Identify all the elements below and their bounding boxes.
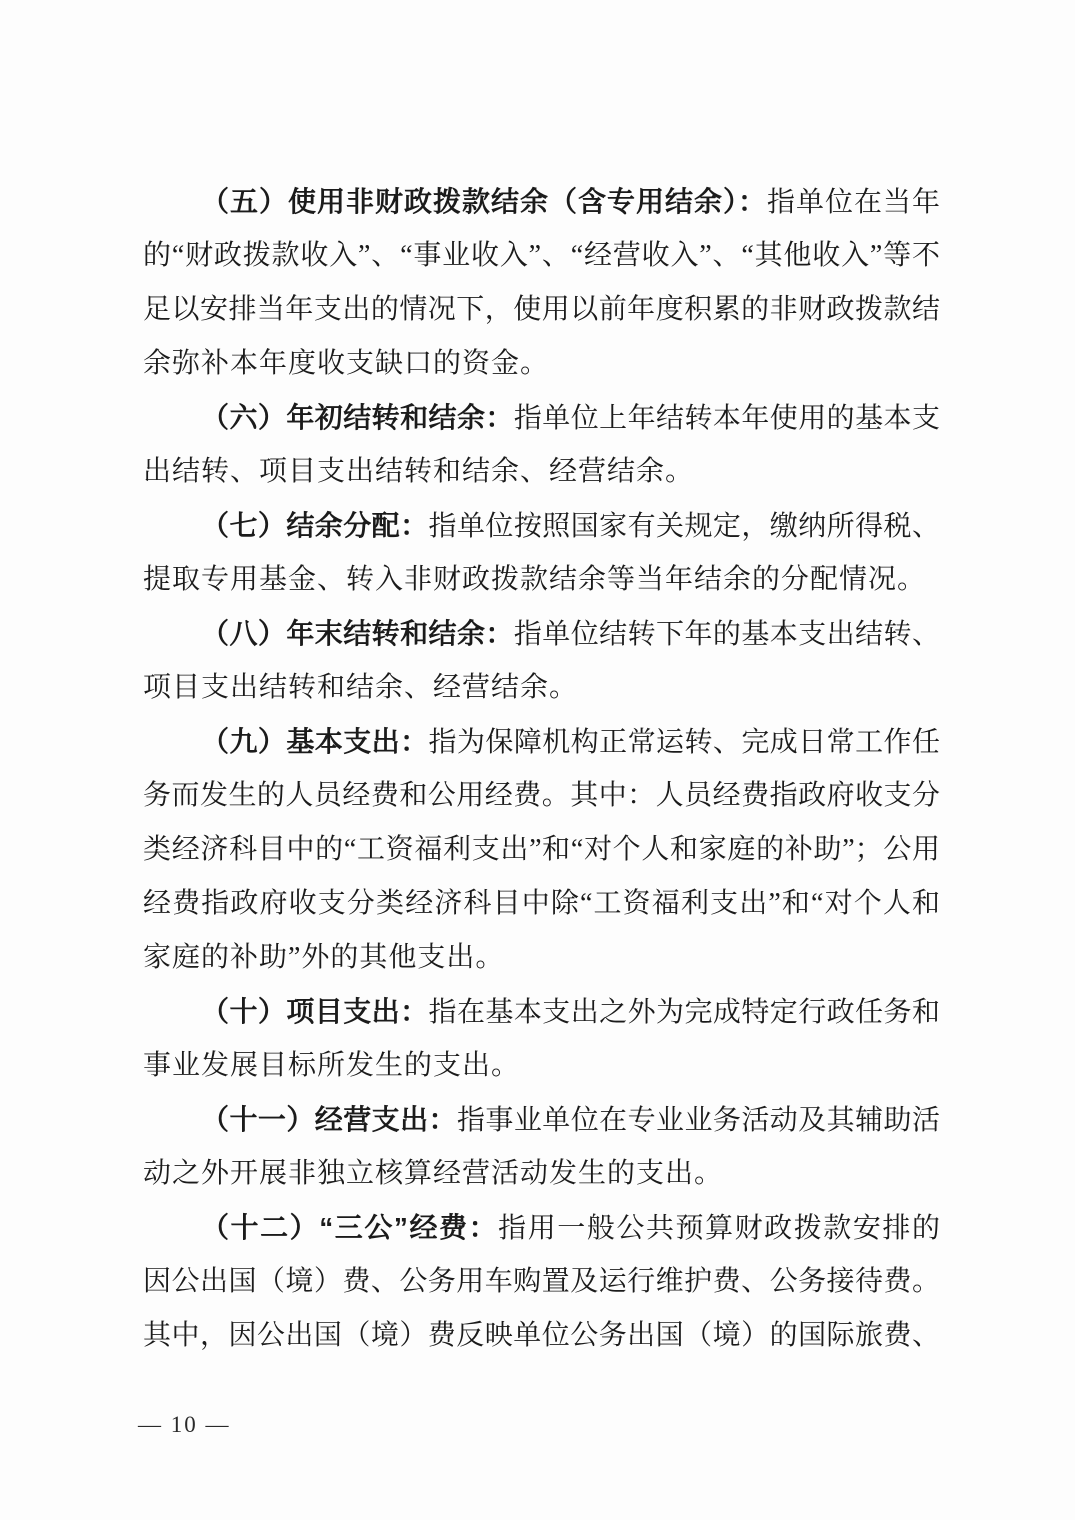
- term-definition-text: 其中，因公出国（境）费反映单位公务出国（境）的国际旅费、: [143, 1320, 940, 1351]
- term-definition-text: 足以安排当年支出的情况下，使用以前年度积累的非财政拨款结: [143, 294, 940, 325]
- text-line: （十二）“三公”经费：指用一般公共预算财政拨款安排的: [143, 1201, 940, 1255]
- text-line: 其中，因公出国（境）费反映单位公务出国（境）的国际旅费、: [143, 1309, 940, 1363]
- text-line: 类经济科目中的“工资福利支出”和“对个人和家庭的补助”；公用: [143, 823, 940, 877]
- term-definition-text: 动之外开展非独立核算经营活动发生的支出。: [143, 1158, 723, 1189]
- text-line: 因公出国（境）费、公务用车购置及运行维护费、公务接待费。: [143, 1255, 940, 1309]
- text-line: 务而发生的人员经费和公用经费。其中：人员经费指政府收支分: [143, 769, 940, 823]
- term-definition-text: 指单位结转下年的基本支出结转、: [514, 619, 940, 650]
- page-footer: — 10 —: [138, 1403, 231, 1447]
- term-definition-text: 类经济科目中的“工资福利支出”和“对个人和家庭的补助”；公用: [143, 834, 940, 865]
- text-line: （十）项目支出：指在基本支出之外为完成特定行政任务和: [143, 985, 940, 1039]
- term-definition-text: 家庭的补助”外的其他支出。: [143, 942, 504, 973]
- text-line: 家庭的补助”外的其他支出。: [143, 931, 940, 985]
- term-definition-text: 提取专用基金、转入非财政拨款结余等当年结余的分配情况。: [143, 564, 926, 595]
- text-line: 出结转、项目支出结转和结余、经营结余。: [143, 445, 940, 499]
- term-heading: （十二）“三公”经费：: [201, 1212, 498, 1243]
- text-line: 动之外开展非独立核算经营活动发生的支出。: [143, 1147, 940, 1201]
- term-heading: （七）结余分配：: [201, 510, 429, 541]
- text-line: （七）结余分配：指单位按照国家有关规定，缴纳所得税、: [143, 499, 940, 553]
- text-line: 的“财政拨款收入”、“事业收入”、“经营收入”、“其他收入”等不: [143, 229, 940, 283]
- term-definition-text: 事业发展目标所发生的支出。: [143, 1050, 520, 1081]
- term-definition-text: 余弥补本年度收支缺口的资金。: [143, 348, 549, 379]
- text-block: （五）使用非财政拨款结余（含专用结余）：指单位在当年的“财政拨款收入”、“事业收…: [143, 175, 940, 1363]
- text-line: （八）年末结转和结余：指单位结转下年的基本支出结转、: [143, 607, 940, 661]
- term-definition-text: 指单位按照国家有关规定，缴纳所得税、: [429, 511, 940, 542]
- term-heading: （六）年初结转和结余：: [201, 402, 514, 433]
- term-heading: （五）使用非财政拨款结余（含专用结余）：: [201, 186, 767, 217]
- term-definition-text: 指在基本支出之外为完成特定行政任务和: [429, 997, 940, 1028]
- term-heading: （九）基本支出：: [201, 726, 429, 757]
- text-line: 提取专用基金、转入非财政拨款结余等当年结余的分配情况。: [143, 553, 940, 607]
- term-heading: （十）项目支出：: [201, 996, 429, 1027]
- term-definition-text: 项目支出结转和结余、经营结余。: [143, 672, 578, 703]
- text-line: （五）使用非财政拨款结余（含专用结余）：指单位在当年: [143, 175, 940, 229]
- text-line: （十一）经营支出：指事业单位在专业业务活动及其辅助活: [143, 1093, 940, 1147]
- term-definition-text: 指单位在当年: [767, 187, 940, 218]
- page-number-text: — 10 —: [138, 1412, 231, 1437]
- term-heading: （八）年末结转和结余：: [201, 618, 514, 649]
- text-line: （九）基本支出：指为保障机构正常运转、完成日常工作任: [143, 715, 940, 769]
- document-page: （五）使用非财政拨款结余（含专用结余）：指单位在当年的“财政拨款收入”、“事业收…: [0, 0, 1075, 1520]
- term-definition-text: 因公出国（境）费、公务用车购置及运行维护费、公务接待费。: [143, 1266, 940, 1297]
- text-line: 足以安排当年支出的情况下，使用以前年度积累的非财政拨款结: [143, 283, 940, 337]
- term-definition-text: 指为保障机构正常运转、完成日常工作任: [429, 727, 940, 758]
- term-definition-text: 指事业单位在专业业务活动及其辅助活: [457, 1105, 940, 1136]
- text-line: 事业发展目标所发生的支出。: [143, 1039, 940, 1093]
- text-line: （六）年初结转和结余：指单位上年结转本年使用的基本支: [143, 391, 940, 445]
- text-line: 经费指政府收支分类经济科目中除“工资福利支出”和“对个人和: [143, 877, 940, 931]
- text-line: 项目支出结转和结余、经营结余。: [143, 661, 940, 715]
- term-definition-text: 务而发生的人员经费和公用经费。其中：人员经费指政府收支分: [143, 780, 940, 811]
- text-line: 余弥补本年度收支缺口的资金。: [143, 337, 940, 391]
- term-definition-text: 的“财政拨款收入”、“事业收入”、“经营收入”、“其他收入”等不: [143, 240, 940, 271]
- term-definition-text: 指用一般公共预算财政拨款安排的: [498, 1213, 940, 1244]
- term-definition-text: 指单位上年结转本年使用的基本支: [514, 403, 940, 434]
- term-definition-text: 出结转、项目支出结转和结余、经营结余。: [143, 456, 694, 487]
- term-definition-text: 经费指政府收支分类经济科目中除“工资福利支出”和“对个人和: [143, 888, 940, 919]
- term-heading: （十一）经营支出：: [201, 1104, 457, 1135]
